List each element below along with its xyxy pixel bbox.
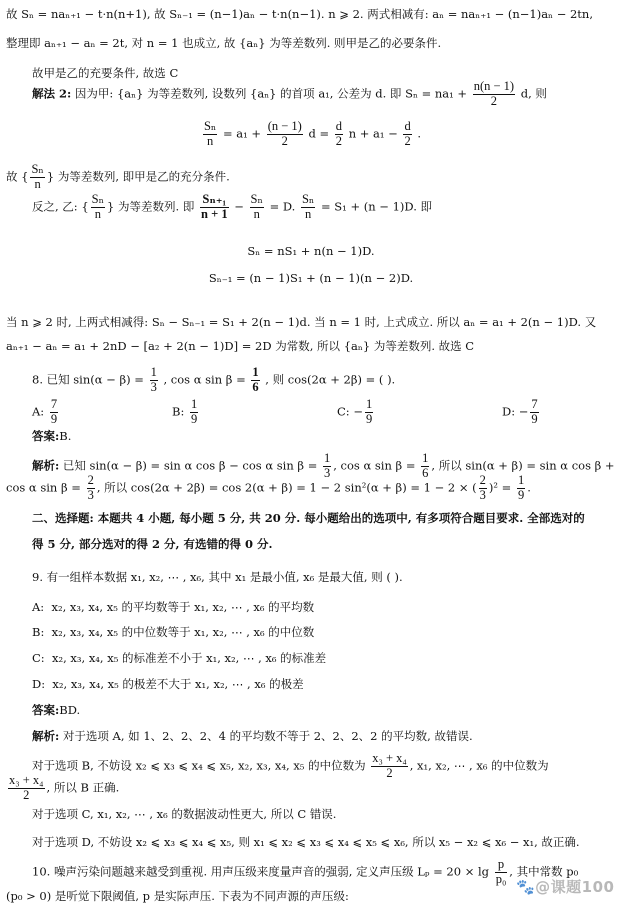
fraction: d2 xyxy=(403,120,411,149)
text-line: 当 n ⩾ 2 时, 上两式相减得: Sₙ − Sₙ₋₁ = S₁ + 2(n … xyxy=(6,316,596,330)
analysis-line: x₃ + x₄2, 所以 B 正确. xyxy=(6,774,119,803)
option-c[interactable]: C: −19 xyxy=(337,398,375,427)
text-line: 整理即 aₙ₊₁ − aₙ = 2t, 对 n = 1 也成立, 故 {aₙ} … xyxy=(6,37,441,51)
watermark: 🐾@课题100 xyxy=(516,878,615,896)
equation: Sₙn = a₁ + (n − 1)2 d = d2 n + a₁ − d2 . xyxy=(0,120,622,149)
solution-2-line: 解法 2: 因为甲: {aₙ} 为等差数列, 设数列 {aₙ} 的首项 a₁, … xyxy=(32,80,547,109)
fraction: d2 xyxy=(335,120,343,149)
option-d[interactable]: D: −79 xyxy=(502,398,541,427)
option-a[interactable]: A: x₂, x₃, x₄, x₅ 的平均数等于 x₁, x₂, ⋯ , x₆ … xyxy=(32,601,314,615)
text-line: 故 {Sₙn} 为等差数列, 即甲是乙的充分条件. xyxy=(6,163,230,192)
fraction: (n − 1)2 xyxy=(267,120,303,149)
analysis-line: 对于选项 C, x₁, x₂, ⋯ , x₆ 的数据波动性更大, 所以 C 错误… xyxy=(32,808,336,822)
text-line: aₙ₊₁ − aₙ = a₁ + 2nD − [a₂ + 2(n − 1)D] … xyxy=(6,340,474,354)
equation: Sₙ = nS₁ + n(n − 1)D. xyxy=(0,245,622,259)
option-d[interactable]: D: x₂, x₃, x₄, x₅ 的极差不大于 x₁, x₂, ⋯ , x₆ … xyxy=(32,678,304,692)
text: 因为甲: {aₙ} 为等差数列, 设数列 {aₙ} 的首项 a₁, 公差为 d.… xyxy=(75,86,467,100)
question-8-stem: 8. 已知 sin(α − β) = 13 , cos α sin β = 16… xyxy=(32,366,395,395)
text: d, 则 xyxy=(521,86,547,100)
analysis-line: 对于选项 D, 不妨设 x₂ ⩽ x₃ ⩽ x₄ ⩽ x₅, 则 x₁ ⩽ x₂… xyxy=(32,836,580,850)
option-c[interactable]: C: x₂, x₃, x₄, x₅ 的标准差不小于 x₁, x₂, ⋯ , x₆… xyxy=(32,652,326,666)
fraction: n(n − 1)2 xyxy=(473,80,515,109)
section-heading: 得 5 分, 部分选对的得 2 分, 有选错的得 0 分. xyxy=(32,538,273,552)
question-10-stem: 10. 噪声污染问题越来越受到重视. 用声压级来度量声音的强弱, 定义声压级 L… xyxy=(32,858,578,887)
option-a[interactable]: A: 79 xyxy=(32,398,60,427)
section-heading: 二、选择题: 本题共 4 小题, 每小题 5 分, 共 20 分. 每小题给出的… xyxy=(32,512,585,526)
analysis-line: 解析: 对于选项 A, 如 1、2、2、2、4 的平均数不等于 2、2、2、2 … xyxy=(32,730,473,744)
text-line: 故甲是乙的充要条件, 故选 C xyxy=(32,67,178,81)
question-9-stem: 9. 有一组样本数据 x₁, x₂, ⋯ , x₆, 其中 x₁ 是最小值, x… xyxy=(32,571,403,585)
answer-line: 答案:BD. xyxy=(32,704,80,718)
fraction: Sₙn xyxy=(203,120,217,149)
text-line: 反之, 乙: {Sₙn} 为等差数列. 即 Sₙ₊₁n + 1 − Sₙn = … xyxy=(32,193,432,222)
option-b[interactable]: B: 19 xyxy=(172,398,200,427)
option-b[interactable]: B: x₂, x₃, x₄, x₅ 的中位数等于 x₁, x₂, ⋯ , x₆ … xyxy=(32,626,314,640)
solution-label: 解法 2: xyxy=(32,86,71,100)
equation: Sₙ₋₁ = (n − 1)S₁ + (n − 1)(n − 2)D. xyxy=(0,272,622,286)
analysis-line: cos α sin β = 23, 所以 cos(2α + 2β) = cos … xyxy=(6,474,531,503)
text-line: 故 Sₙ = naₙ₊₁ − t·n(n+1), 故 Sₙ₋₁ = (n−1)a… xyxy=(6,8,593,22)
answer-line: 答案:B. xyxy=(32,430,71,444)
text-line: (p₀ > 0) 是听觉下限阈值, p 是实际声压. 下表为不同声源的声压级: xyxy=(6,890,349,904)
